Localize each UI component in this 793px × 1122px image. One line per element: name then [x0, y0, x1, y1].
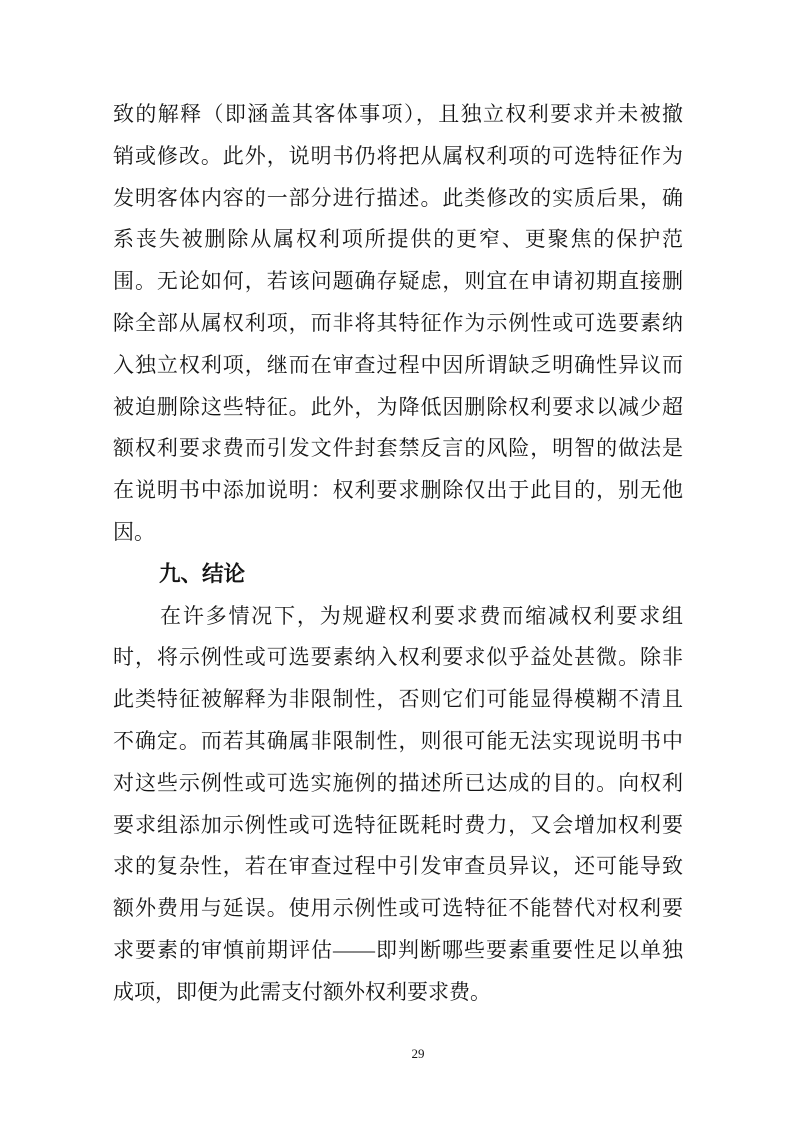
- text-line: 求要素的审慎前期评估——即判断哪些要素重要性足以单独: [113, 930, 683, 972]
- text-line: 成项，即便为此需支付额外权利要求费。: [113, 972, 683, 1014]
- document-page: 致的解释（即涵盖其客体事项），且独立权利要求并未被撤 销或修改。此外，说明书仍将…: [0, 0, 793, 1122]
- text-line: 不确定。而若其确属非限制性，则很可能无法实现说明书中: [113, 721, 683, 763]
- page-number: 29: [388, 1046, 448, 1062]
- text-line: 求的复杂性，若在审查过程中引发审查员异议，还可能导致: [113, 846, 683, 888]
- text-line: 围。无论如何，若该问题确存疑虑，则宜在申请初期直接删: [113, 261, 683, 303]
- text-line: 致的解释（即涵盖其客体事项），且独立权利要求并未被撤: [113, 94, 683, 136]
- text-line: 系丧失被删除从属权利项所提供的更窄、更聚焦的保护范: [113, 219, 683, 261]
- text-line: 在说明书中添加说明：权利要求删除仅出于此目的，别无他: [113, 470, 683, 512]
- text-line: 除全部从属权利项，而非将其特征作为示例性或可选要素纳: [113, 303, 683, 345]
- page-body-text: 致的解释（即涵盖其客体事项），且独立权利要求并未被撤 销或修改。此外，说明书仍将…: [113, 94, 683, 1014]
- text-line: 时，将示例性或可选要素纳入权利要求似乎益处甚微。除非: [113, 637, 683, 679]
- text-line: 要求组添加示例性或可选特征既耗时费力，又会增加权利要: [113, 805, 683, 847]
- text-line: 对这些示例性或可选实施例的描述所已达成的目的。向权利: [113, 763, 683, 805]
- section-heading: 九、结论: [113, 554, 683, 596]
- text-line: 入独立权利项，继而在审查过程中因所谓缺乏明确性异议而: [113, 345, 683, 387]
- text-line: 发明客体内容的一部分进行描述。此类修改的实质后果，确: [113, 178, 683, 220]
- text-line: 被迫删除这些特征。此外，为降低因删除权利要求以减少超: [113, 387, 683, 429]
- text-line: 销或修改。此外，说明书仍将把从属权利项的可选特征作为: [113, 136, 683, 178]
- text-line: 额权利要求费而引发文件封套禁反言的风险，明智的做法是: [113, 428, 683, 470]
- text-line: 因。: [113, 512, 683, 554]
- text-line: 在许多情况下，为规避权利要求费而缩减权利要求组: [113, 596, 683, 638]
- text-line: 额外费用与延误。使用示例性或可选特征不能替代对权利要: [113, 888, 683, 930]
- text-line: 此类特征被解释为非限制性，否则它们可能显得模糊不清且: [113, 679, 683, 721]
